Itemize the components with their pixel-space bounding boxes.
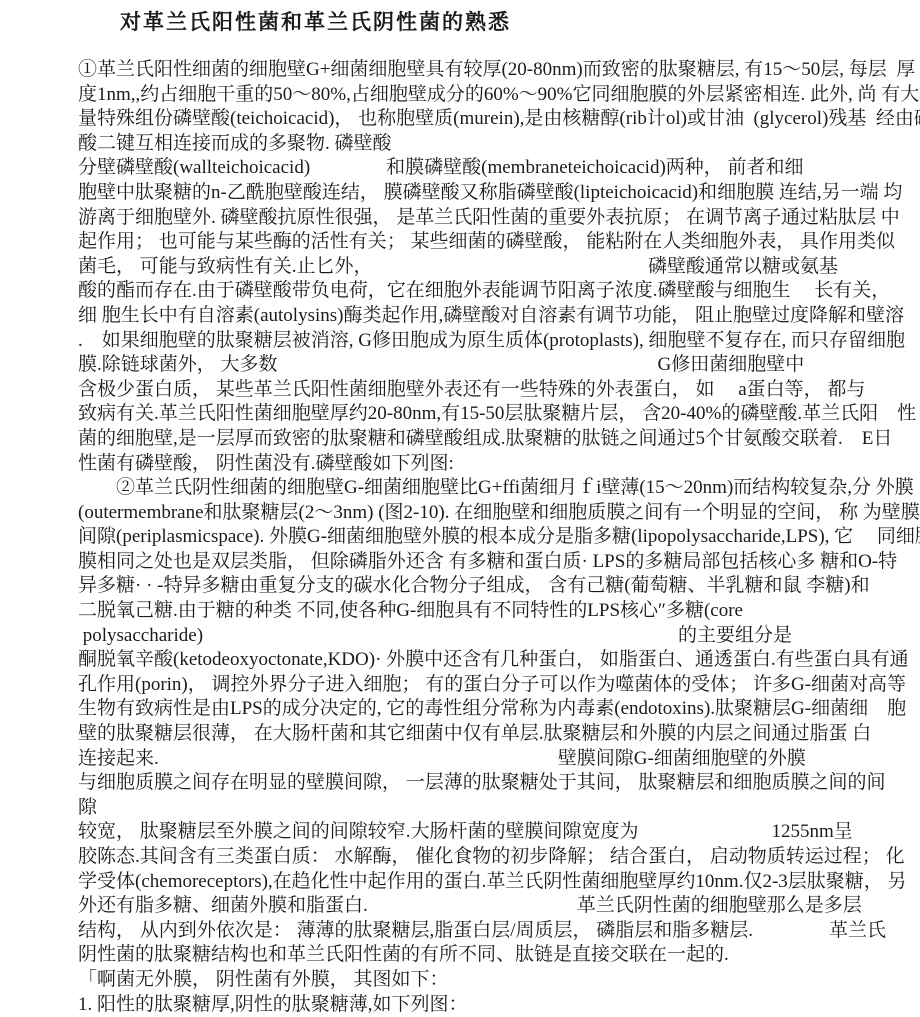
text-line: 较宽， 肽聚糖层至外膜之间的间隙较窄.大肠杆菌的壁膜间隙宽度为 1255nm呈 [78,820,912,845]
text-line: 起作用； 也可能与某些酶的活性有关； 某些细菌的磷壁酸， 能粘附在人类细胞外表，… [78,230,912,255]
text-line: 游离于细胞壁外. 磷壁酸抗原性很强， 是革兰氏阳性菌的重要外表抗原； 在调节离子… [78,206,912,231]
text-line: 菌的细胞壁,是一层厚而致密的肽聚糖和磷壁酸组成.肽聚糖的肽链之间通过5个甘氨酸交… [78,427,912,452]
text-line: 阴性菌的肽聚糖结构也和革兰氏阳性菌的有所不同、肽链是直接交联在一起的. [78,943,912,968]
document-body: ①革兰氏阳性细菌的细胞壁G+细菌细胞壁具有较厚(20-80nm)而致密的肽聚糖层… [78,58,912,1017]
text-line: 膜.除链球菌外， 大多数 G修田菌细胞壁中 [78,353,912,378]
document-page: 对革兰氏阳性菌和革兰氏阴性菌的熟悉 ①革兰氏阳性细菌的细胞壁G+细菌细胞壁具有较… [0,0,920,1017]
text-line: 酸二键互相连接而成的多聚物. 磷壁酸 [78,132,912,157]
text-line: 「啊菌无外膜， 阴性菌有外膜， 其图如下： [78,968,912,993]
text-line: 1. 阳性的肽聚糖厚,阴性的肽聚糖薄,如下列图： [78,993,912,1017]
text-line: polysaccharide) 的主要组分是 [78,624,912,649]
text-line: 孔作用(porin)， 调控外界分子进入细胞； 有的蛋白分子可以作为噬菌体的受体… [78,673,912,698]
text-line: 性菌有磷壁酸， 阴性菌没有.磷壁酸如下列图: [78,452,912,477]
text-line: 二脱氧己糖.由于糖的种类 不同,使各种G-细胞具有不同特性的LPS核心″多糖(c… [78,599,912,624]
text-line: 异多糖· · -特异多糖由重复分支的碳水化合物分子组成， 含有己糖(葡萄糖、半乳… [78,574,912,599]
text-line: (outermembrane和肽聚糖层(2〜3nm) (图2-10). 在细胞壁… [78,501,912,526]
text-line: 酸的酯而存在.由于磷壁酸带负电荷，它在细胞外表能调节阳离子浓度.磷壁酸与细胞生 … [78,279,912,304]
text-line: 生物有致病性是由LPS的成分决定的, 它的毒性组分常称为内毒素(endotoxi… [78,697,912,722]
text-line: 膜相同之处也是双层类脂， 但除磷脂外还含 有多糖和蛋白质· LPS的多糖局部包括… [78,550,912,575]
text-line: 含极少蛋白质， 某些革兰氏阳性菌细胞壁外表还有一些特殊的外表蛋白， 如 a蛋白等… [78,378,912,403]
text-line: 度1nm,,约占细胞干重的50〜80%,占细胞壁成分的60%〜90%它同细胞膜的… [78,83,912,108]
text-line: 外还有脂多糖、细菌外膜和脂蛋白. 革兰氏阴性菌的细胞壁那么是多层 [78,894,912,919]
text-line: 酮脱氧辛酸(ketodeoxyoctonate,KDO)· 外膜中还含有几种蛋白… [78,648,912,673]
text-line: . 如果细胞壁的肽聚糖层被消溶, G修田胞成为原生质体(protoplasts)… [78,329,912,354]
text-line: 壁的肽聚糖层很薄， 在大肠杆菌和其它细菌中仅有单层.肽聚糖层和外膜的内层之间通过… [78,722,912,747]
text-line: 与细胞质膜之间存在明显的壁膜间隙， 一层薄的肽聚糖处于其间， 肽聚糖层和细胞质膜… [78,771,912,796]
text-line: 间隙(periplasmicspace). 外膜G-细菌细胞壁外膜的根本成分是脂… [78,525,912,550]
text-line: 学受体(chemoreceptors),在趋化性中起作用的蛋白.革兰氏阴性菌细胞… [78,870,912,895]
text-line: 连接起来. 壁膜间隙G-细菌细胞壁的外膜 [78,747,912,772]
text-line: 量特殊组份磷壁酸(teichoicacid)， 也称胞壁质(murein),是由… [78,107,912,132]
text-line: 胞壁中肽聚糖的n-乙酰胞壁酸连结， 膜磷壁酸又称脂磷壁酸(lipteichoic… [78,181,912,206]
text-line: ②革兰氏阴性细菌的细胞壁G-细菌细胞壁比G+ffi菌细月ｆi壁薄(15〜20nm… [78,476,912,501]
text-line: 分壁磷壁酸(wallteichoicacid) 和膜磷壁酸(membranete… [78,156,912,181]
text-line: ①革兰氏阳性细菌的细胞壁G+细菌细胞壁具有较厚(20-80nm)而致密的肽聚糖层… [78,58,912,83]
text-line: 细 胞生长中有自溶素(autolysins)酶类起作用,磷壁酸对自溶素有调节功能… [78,304,912,329]
text-line: 致病有关.革兰氏阳性菌细胞壁厚约20-80nm,有15-50层肽聚糖片层， 含2… [78,402,912,427]
text-line: 隙 [78,796,912,821]
document-title: 对革兰氏阳性菌和革兰氏阴性菌的熟悉 [0,0,920,36]
text-line: 菌毛， 可能与致病性有关.止匕外， 磷壁酸通常以糖或氨基 [78,255,912,280]
text-line: 结构， 从内到外依次是： 薄薄的肽聚糖层,脂蛋白层/周质层， 磷脂层和脂多糖层.… [78,919,912,944]
text-line: 胶陈态.其间含有三类蛋白质： 水解酶， 催化食物的初步降解； 结合蛋白， 启动物… [78,845,912,870]
